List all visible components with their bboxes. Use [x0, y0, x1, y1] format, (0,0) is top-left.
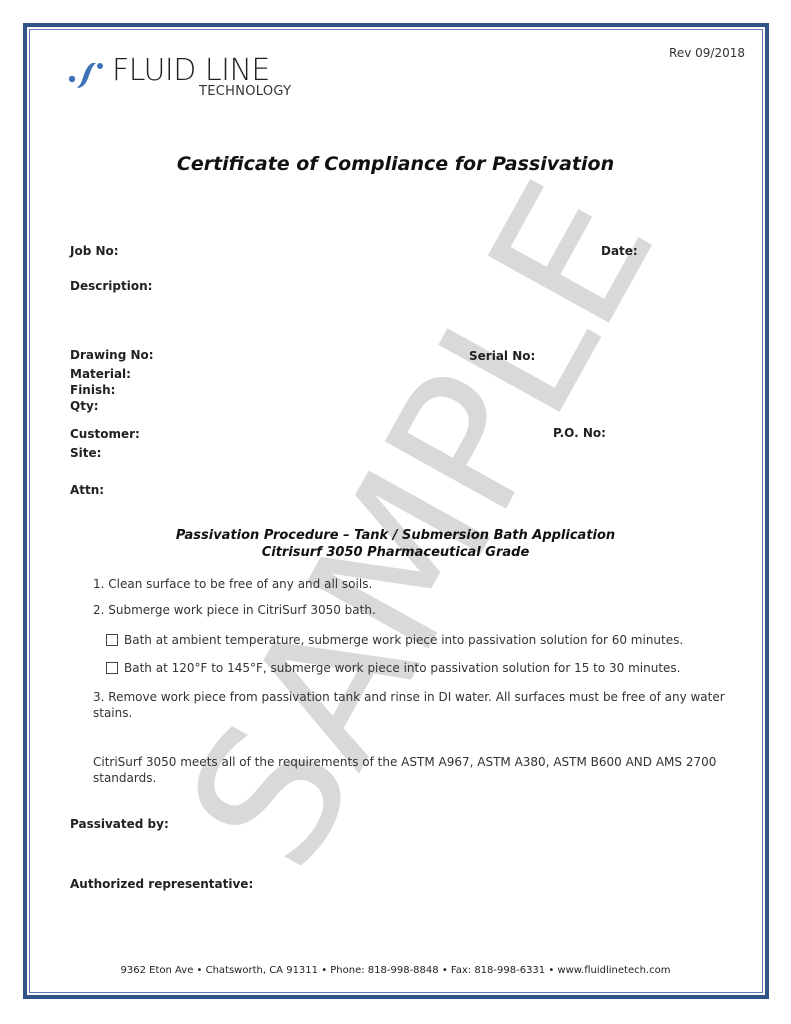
- po-no-label: P.O. No:: [553, 426, 606, 440]
- option-ambient-label: Bath at ambient temperature, submerge wo…: [124, 633, 683, 647]
- logo-wave-icon: [68, 59, 106, 89]
- job-no-label: Job No:: [70, 244, 119, 258]
- procedure-heading: Passivation Procedure – Tank / Submersio…: [0, 527, 791, 544]
- procedure-step-3: 3. Remove work piece from passivation ta…: [93, 689, 733, 721]
- option-heated-label: Bath at 120°F to 145°F, submerge work pi…: [124, 661, 681, 675]
- description-label: Description:: [70, 279, 152, 293]
- compliance-statement: CitriSurf 3050 meets all of the requirem…: [93, 754, 733, 786]
- procedure-subheading: Citrisurf 3050 Pharmaceutical Grade: [0, 544, 791, 561]
- logo-main-text: FLUID LINE: [112, 55, 270, 87]
- footer-contact: 9362 Eton Ave • Chatsworth, CA 91311 • P…: [0, 965, 791, 976]
- authorized-rep-label: Authorized representative:: [70, 877, 253, 891]
- qty-label: Qty:: [70, 399, 99, 413]
- passivated-by-label: Passivated by:: [70, 817, 169, 831]
- procedure-step-2: 2. Submerge work piece in CitriSurf 3050…: [93, 602, 376, 618]
- date-label: Date:: [601, 244, 638, 258]
- drawing-no-label: Drawing No:: [70, 348, 154, 362]
- site-label: Site:: [70, 446, 101, 460]
- document-title: Certificate of Compliance for Passivatio…: [0, 153, 791, 175]
- option-ambient: Bath at ambient temperature, submerge wo…: [106, 632, 683, 648]
- customer-label: Customer:: [70, 427, 140, 441]
- option-heated: Bath at 120°F to 145°F, submerge work pi…: [106, 660, 681, 676]
- serial-no-label: Serial No:: [469, 349, 535, 363]
- heated-checkbox[interactable]: [106, 662, 118, 674]
- material-label: Material:: [70, 367, 131, 381]
- attn-label: Attn:: [70, 483, 104, 497]
- revision-label: Rev 09/2018: [669, 46, 745, 60]
- procedure-step-1: 1. Clean surface to be free of any and a…: [93, 576, 372, 592]
- finish-label: Finish:: [70, 383, 115, 397]
- ambient-checkbox[interactable]: [106, 634, 118, 646]
- logo-sub-text: TECHNOLOGY: [199, 85, 291, 99]
